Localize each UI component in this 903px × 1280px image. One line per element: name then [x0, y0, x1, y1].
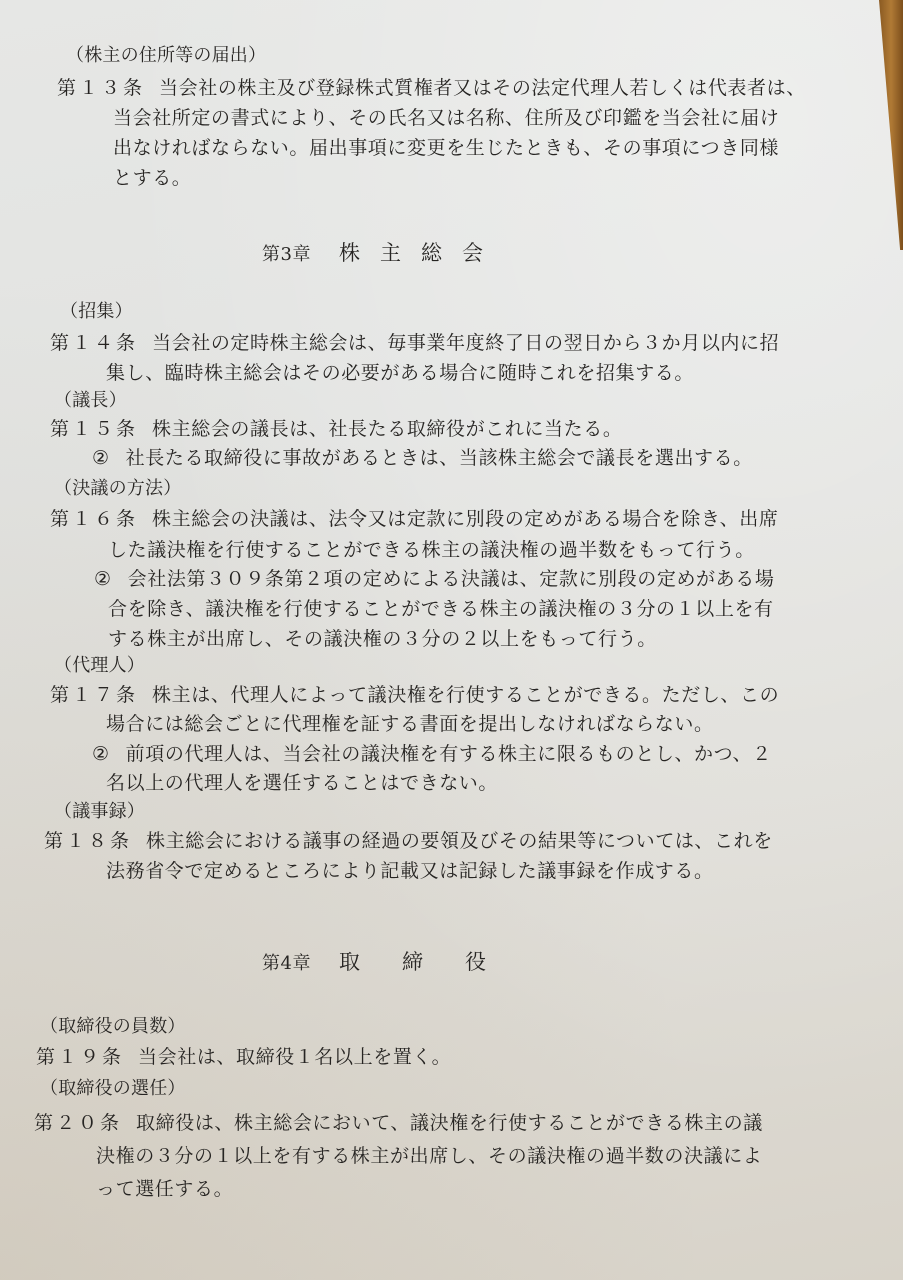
paragraph-2-mark: ②: [94, 570, 112, 589]
paragraph-2-mark: ②: [92, 449, 110, 468]
article-20-line-1: 第２０条取締役は、株主総会において、議決権を行使することができる株主の議: [34, 1114, 763, 1133]
article-17-line-1: 第１７条株主は、代理人によって議決権を行使することができる。ただし、この: [50, 686, 779, 705]
article-13-line-4: とする。: [113, 169, 191, 188]
article-18-line-2: 法務省令で定めるところにより記載又は記録した議事録を作成する。: [106, 862, 714, 881]
article-13-number: 第１３条: [57, 79, 145, 98]
article-15-paragraph-2: ②社長たる取締役に事故があるときは、当該株主総会で議長を選出する。: [92, 449, 753, 468]
chapter-3-number: 第3章: [262, 244, 311, 265]
article-13-line-1: 第１３条当会社の株主及び登録株式質権者又はその法定代理人若しくは代表者は、: [57, 79, 806, 98]
article-18-line-1: 第１８条株主総会における議事の経過の要領及びその結果等については、これを: [44, 832, 773, 851]
article-20-line-2: 決権の３分の１以上を有する株主が出席し、その議決権の過半数の決議によ: [96, 1147, 762, 1166]
article-16-paragraph-2-line-3: する株主が出席し、その議決権の３分の２以上をもって行う。: [108, 630, 657, 649]
chapter-3-title: 株主総会: [339, 241, 503, 265]
article-19-caption: （取締役の員数）: [40, 1018, 186, 1036]
article-16-caption: （決議の方法）: [54, 480, 181, 498]
chapter-4-title: 取締役: [339, 950, 528, 974]
article-16-paragraph-2-line-2: 合を除き、議決権を行使することができる株主の議決権の３分の１以上を有: [108, 600, 774, 619]
article-15-caption: （議長）: [54, 392, 127, 410]
article-20-caption: （取締役の選任）: [40, 1080, 186, 1098]
article-15-number: 第１５条: [50, 420, 138, 439]
article-16-paragraph-2-line-1: ②会社法第３０９条第２項の定めによる決議は、定款に別段の定めがある場: [94, 570, 774, 589]
article-17-paragraph-2-line-2: 名以上の代理人を選任することはできない。: [106, 774, 498, 793]
chapter-4-heading: 第4章取締役: [262, 952, 528, 973]
article-20-number: 第２０条: [34, 1114, 122, 1133]
article-17-paragraph-2-line-1: ②前項の代理人は、当会社の議決権を有する株主に限るものとし、かつ、２: [92, 745, 772, 764]
article-18-caption: （議事録）: [54, 803, 145, 821]
article-18-number: 第１８条: [44, 832, 132, 851]
article-13-line-2: 当会社所定の書式により、その氏名又は名称、住所及び印鑑を当会社に届け: [113, 109, 779, 128]
article-14-line-1: 第１４条当会社の定時株主総会は、毎事業年度終了日の翌日から３か月以内に招: [50, 334, 779, 353]
article-17-number: 第１７条: [50, 686, 138, 705]
article-19-number: 第１９条: [36, 1048, 124, 1067]
article-17-caption: （代理人）: [54, 657, 145, 675]
article-13-caption: （株主の住所等の届出）: [66, 47, 266, 65]
article-16-number: 第１６条: [50, 510, 138, 529]
article-14-caption: （招集）: [60, 303, 133, 321]
article-15-line-1: 第１５条株主総会の議長は、社長たる取締役がこれに当たる。: [50, 420, 622, 439]
article-14-number: 第１４条: [50, 334, 138, 353]
chapter-3-heading: 第3章株主総会: [262, 243, 503, 264]
articles-of-incorporation-page: （株主の住所等の届出） 第１３条当会社の株主及び登録株式質権者又はその法定代理人…: [0, 0, 903, 1280]
article-13-line-3: 出なければならない。届出事項に変更を生じたときも、その事項につき同様: [113, 139, 779, 158]
article-20-line-3: って選任する。: [96, 1180, 233, 1199]
paragraph-2-mark: ②: [92, 745, 110, 764]
article-16-line-1: 第１６条株主総会の決議は、法令又は定款に別段の定めがある場合を除き、出席: [50, 510, 778, 529]
article-17-line-2: 場合には総会ごとに代理権を証する書面を提出しなければならない。: [106, 715, 714, 734]
chapter-4-number: 第4章: [262, 953, 311, 974]
article-14-line-2: 集し、臨時株主総会はその必要がある場合に随時これを招集する。: [106, 364, 694, 383]
article-19-line-1: 第１９条当会社は、取締役１名以上を置く。: [36, 1048, 451, 1067]
article-16-line-2: した議決権を行使することができる株主の議決権の過半数をもって行う。: [108, 541, 755, 560]
